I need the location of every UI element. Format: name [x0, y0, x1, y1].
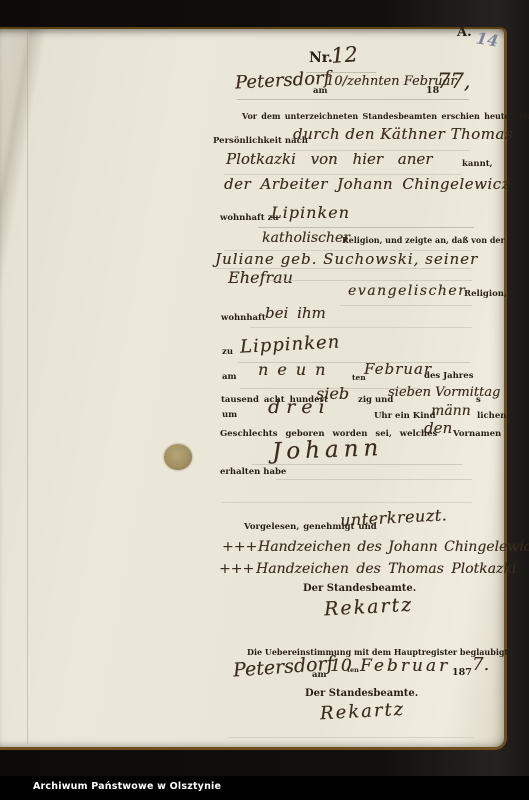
- hand-crosses-2: +++: [219, 562, 254, 577]
- certification-month: Februar: [360, 658, 450, 676]
- des-jahres-printed: des Jahres: [424, 372, 473, 381]
- year-handwritten: 77,: [437, 70, 470, 92]
- intro-line2-hand: durch den Käthner Thomas: [293, 127, 513, 143]
- certification-year-hand: 7.: [472, 656, 489, 675]
- form-corner-letter: A.: [457, 26, 472, 40]
- intro-line4-hand: der Arbeiter Johann Chingelewicz: [224, 177, 510, 193]
- den-hand: den: [424, 421, 452, 437]
- certification-year-printed: 187: [452, 668, 472, 678]
- erhalten-printed: erhalten habe: [220, 468, 286, 477]
- registrar-title-printed: Der Standesbeamte.: [303, 584, 416, 595]
- religion-label-printed: Religion,: [464, 290, 507, 299]
- religion-father-hand: katholischer: [262, 231, 350, 246]
- birth-month-hand: Februar: [364, 362, 432, 378]
- residence-with-hand: bei ihm: [265, 306, 326, 322]
- hand-crosses-1: +++: [222, 540, 257, 555]
- pencil-page-number: 14: [475, 30, 500, 50]
- certification-am-label: am: [312, 671, 327, 680]
- birth-hour-hand: drei: [268, 398, 331, 418]
- am-day-label: am: [222, 373, 237, 382]
- year-unit-time-hand: sieben Vormittag: [388, 386, 500, 400]
- entry-number-value: 12: [330, 43, 358, 67]
- child-first-name: Johann: [272, 436, 384, 464]
- archive-name-label: Archiwum Państwowe w Olsztynie: [33, 781, 221, 792]
- ruled-line: [237, 99, 469, 100]
- archive-footer-bar: Archiwum Państwowe w Olsztynie: [0, 776, 529, 800]
- s-suffix-printed: s: [476, 396, 481, 405]
- ruled-line: [228, 737, 474, 738]
- lichen-printed: lichen: [477, 412, 506, 421]
- wax-spot: [164, 444, 192, 470]
- ruled-line: [250, 327, 472, 328]
- handzeichen-witness: Handzeichen des Thomas Plotkazki: [256, 562, 516, 577]
- intro-line3-hand: Plotkazki von hier aner: [226, 152, 432, 168]
- wohnhaft-zu-label: wohnhaft zu: [220, 214, 279, 223]
- intro-line1: Vor dem unterzeichneten Standesbeamten e…: [242, 112, 529, 120]
- birth-day-hand: neun: [258, 362, 334, 379]
- handzeichen-declarant: Handzeichen des Johann Chingelewicz: [258, 540, 529, 555]
- ruled-line: [252, 464, 462, 465]
- wohnhaft-label: wohnhaft: [221, 314, 266, 323]
- ruled-line: [340, 305, 472, 306]
- certification-ten-suffix: ten: [347, 667, 359, 674]
- um-label: um: [222, 411, 237, 420]
- vorgelesen-printed: Vorgelesen, genehmigt und: [244, 523, 377, 532]
- ruled-line: [222, 502, 472, 503]
- vornamen-printed: Vornamen: [453, 430, 501, 439]
- zu-label: zu: [222, 348, 233, 357]
- entry-number-label: Nr.: [309, 51, 333, 66]
- religion-mother-hand: evangelischer: [348, 284, 466, 299]
- mother-name-hand: Juliane geb. Suchowski, seiner: [215, 252, 478, 268]
- religion-announce-printed: Religion, und zeigte an, daß von der: [342, 236, 505, 244]
- gender-hand: männ: [431, 404, 471, 419]
- ruled-line: [258, 227, 474, 228]
- intro-line3-printed: kannt,: [462, 160, 493, 169]
- gutter-crease: [27, 30, 28, 744]
- ehefrau-hand: Ehefrau: [228, 270, 293, 287]
- ruled-line: [268, 280, 472, 281]
- scanned-register-document: A. 14 Nr. 12 Petersdorf am 10/zehnten Fe…: [0, 0, 529, 800]
- residence-place: Lipinken: [271, 205, 350, 222]
- ruled-line: [276, 479, 472, 480]
